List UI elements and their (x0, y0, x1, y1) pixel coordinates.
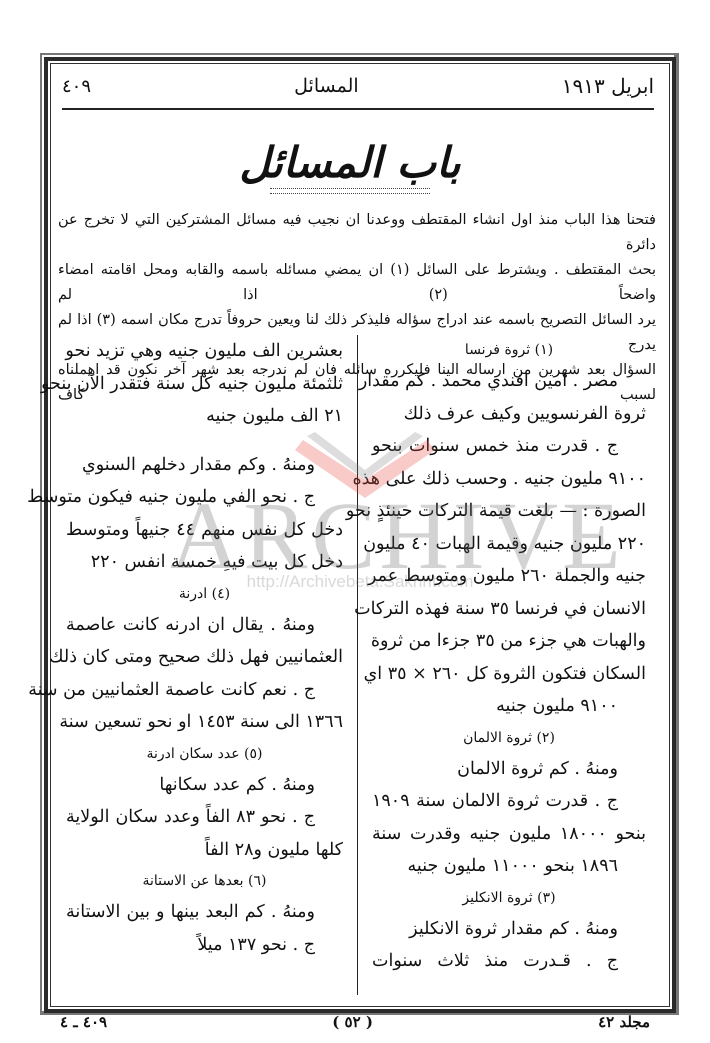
text-line: ١٣٦٦ الى سنة ١٤٥٣ او نحو تسعين سنة (66, 706, 343, 739)
text-line: مصر . امين افندي محمد . كم مقدار (372, 365, 646, 398)
running-head: ابريل ١٩١٣ المسائل ٤٠٩ (62, 66, 654, 106)
two-column-body: (١) ثروة فرنسامصر . امين افندي محمد . كم… (58, 335, 656, 995)
text-line: ١٨٩٦ بنحو ١١٠٠٠ مليون جنيه (372, 850, 646, 883)
section-title-text: باب المسائل (239, 138, 460, 187)
text-line: ومنهُ . يقال ان ادرنه كانت عاصمة (66, 609, 343, 642)
intro-line: بحث المقتطف . ويشترط على السائل (١) ان ي… (58, 258, 656, 308)
right-column: (١) ثروة فرنسامصر . امين افندي محمد . كم… (357, 335, 656, 995)
spacer (66, 433, 343, 449)
text-line: بعشرين الف مليون جنيه وهي تزيد نحو (66, 335, 343, 368)
section-title: باب المسائل (230, 128, 470, 196)
text-line: ومنهُ . كم ثروة الالمان (372, 753, 646, 786)
text-line: ج . نعم كانت عاصمة العثمانيين من سنة (66, 674, 343, 707)
text-line: دخل كل بيت فيهِ خمسة انفس ٢٢٠ (66, 546, 343, 579)
text-line: الصورة : — بلغت قيمة التركات حينئذٍ نحو (372, 495, 646, 528)
text-line: ومنهُ . كم البعد بينها و بين الاستانة (66, 896, 343, 929)
text-line: الانسان في فرنسا ٣٥ سنة فهذه التركات (372, 593, 646, 626)
text-line: ثروة الفرنسويين وكيف عرف ذلك (372, 398, 646, 431)
text-line: ج . قـدرت منذ ثلاث سنوات (372, 945, 646, 978)
text-line: العثمانيين فهل ذلك صحيح ومتى كان ذلك (66, 641, 343, 674)
printer-signature: ٤٠٩ ـ ٤ (60, 1013, 107, 1031)
text-line: ج . نحو الفي مليون جنيه فيكون متوسط (66, 481, 343, 514)
text-line: السكان فتكون الثروة كل ٢٦٠ × ٣٥ اي (372, 658, 646, 691)
text-line: ومنهُ . كم عدد سكانها (66, 769, 343, 802)
question-heading: (٥) عدد سكان ادرنة (66, 739, 343, 769)
text-line: ٢١ الف مليون جنيه (66, 400, 343, 433)
intro-line: فتحنا هذا الباب منذ اول انشاء المقتطف وو… (58, 208, 656, 258)
page-number: ٤٠٩ (62, 76, 91, 97)
question-heading: (٤) ادرنة (66, 579, 343, 609)
left-column: بعشرين الف مليون جنيه وهي تزيد نحوثلثمئة… (58, 335, 357, 995)
question-heading: (٢) ثروة الالمان (372, 723, 646, 753)
text-line: ج . قدرت منذ خمس سنوات بنحو (372, 430, 646, 463)
text-line: جنيه والجملة ٢٦٠ مليون ومتوسط عمر (372, 560, 646, 593)
text-line: ٢٢٠ مليون جنيه وقيمة الهبات ٤٠ مليون (372, 528, 646, 561)
text-line: ج . نحو ١٣٧ ميلاً (66, 929, 343, 962)
issue-number: ( ٥٢ ) (332, 1013, 373, 1031)
text-line: ثلثمئة مليون جنيه كل سنة فتقدر الآن بنحو (66, 368, 343, 401)
question-heading: (٣) ثروة الانكليز (372, 883, 646, 913)
text-line: ومنهُ . وكم مقدار دخلهم السنوي (66, 449, 343, 482)
text-line: ج . قدرت ثروة الالمان سنة ١٩٠٩ (372, 785, 646, 818)
text-line: ٩١٠٠ مليون جنيه (372, 690, 646, 723)
title-ornament-icon (270, 188, 430, 194)
text-line: بنحو ١٨٠٠٠ مليون جنيه وقدرت سنة (372, 818, 646, 851)
text-line: ج . نحو ٨٣ الفاً وعدد سكان الولاية (66, 801, 343, 834)
header-rule (62, 108, 654, 110)
volume-label: مجلد ٤٢ (598, 1013, 650, 1031)
text-line: ٩١٠٠ مليون جنيه . وحسب ذلك على هذه (372, 463, 646, 496)
text-line: ومنهُ . كم مقدار ثروة الانكليز (372, 913, 646, 946)
page-footer: مجلد ٤٢ ( ٥٢ ) ٤٠٩ ـ ٤ (60, 1010, 650, 1034)
text-line: والهبات هي جزء من ٣٥ جزءا من ثروة (372, 625, 646, 658)
question-heading: (١) ثروة فرنسا (372, 335, 646, 365)
issue-date: ابريل ١٩١٣ (562, 74, 654, 98)
question-heading: (٦) بعدها عن الاستانة (66, 866, 343, 896)
text-line: دخل كل نفس منهم ٤٤ جنيهاً ومتوسط (66, 514, 343, 547)
running-title: المسائل (294, 75, 358, 97)
text-line: كلها مليون و٢٨ الفاً (66, 834, 343, 867)
